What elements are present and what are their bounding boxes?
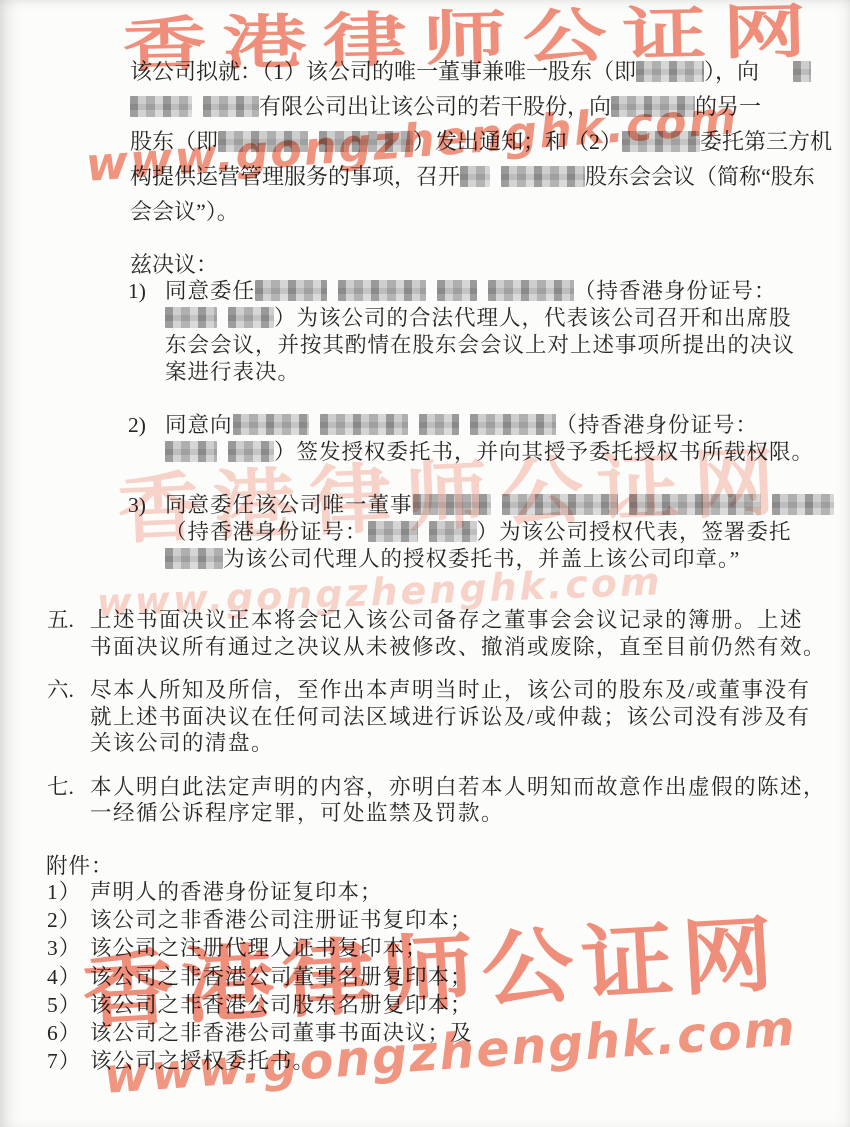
redacted-block bbox=[228, 307, 274, 328]
text-run: （持香港身份证号： bbox=[556, 413, 759, 437]
redacted-block bbox=[320, 414, 408, 435]
redacted-block bbox=[470, 414, 556, 435]
text-run: 案进行表决。 bbox=[165, 360, 300, 384]
text-run: 股东（即 bbox=[130, 129, 218, 154]
resolution-item: 3) 同意委任该公司唯一董事（持香港身份证号：）为该公司授权代表，签署委托为该公… bbox=[128, 492, 834, 573]
attachment-number: 7） bbox=[47, 1047, 90, 1075]
resolution-line: （持香港身份证号：）为该公司授权代表，签署委托 bbox=[165, 519, 834, 546]
section-number: 六. bbox=[47, 677, 74, 704]
redacted-block bbox=[793, 61, 811, 82]
redacted-block bbox=[130, 96, 192, 117]
redacted-block bbox=[233, 414, 309, 435]
resolution-line: ）为该公司的合法代理人，代表该公司召开和出席股 bbox=[165, 305, 834, 332]
attachment-number: 5） bbox=[47, 991, 90, 1019]
redacted-block bbox=[165, 441, 217, 462]
text-run: ）为该公司授权代表，签署委托 bbox=[477, 520, 792, 544]
attachment-number: 6） bbox=[47, 1019, 90, 1047]
attachment-row: 4）该公司之非香港公司董事名册复印本； bbox=[47, 963, 473, 991]
resolutions-heading: 兹决议： bbox=[130, 248, 218, 279]
declaration-sections: 五. 上述书面决议正本将会记入该公司备存之董事会会议记录的簿册。上述书面决议所有… bbox=[47, 607, 826, 844]
resolution-line: 同意委任该公司唯一董事 bbox=[165, 492, 834, 519]
resolution-item: 2) 同意向（持香港身份证号：）签发授权委托书，并向其授予委托授权书所载权限。 bbox=[128, 412, 834, 466]
section-line: 本人明白此法定声明的内容，亦明白若本人明知而故意作出虚假的陈述， bbox=[90, 774, 826, 801]
redacted-block bbox=[203, 96, 259, 117]
section-number: 五. bbox=[47, 607, 74, 634]
attachment-text: 该公司之非香港公司注册证书复印本； bbox=[90, 908, 473, 932]
redacted-block bbox=[488, 280, 574, 301]
redacted-block bbox=[437, 280, 477, 301]
resolution-number: 3) bbox=[128, 492, 146, 519]
intro-line: 股东（即）发出通知；和（2）委托第三方机 bbox=[130, 124, 832, 159]
resolution-number: 2) bbox=[128, 412, 146, 439]
text-run: 关该公司的清盘。 bbox=[90, 731, 274, 755]
redacted-block bbox=[460, 166, 490, 187]
text-run: 上述书面决议正本将会记入该公司备存之董事会会议记录的簿册。上述 bbox=[90, 608, 803, 632]
redacted-block bbox=[413, 494, 491, 515]
section-item: 七. 本人明白此法定声明的内容，亦明白若本人明知而故意作出虚假的陈述，一经循公诉… bbox=[47, 774, 826, 827]
intro-line: 构提供运营管理服务的事项，召开股东会会议（简称“股东 bbox=[130, 159, 832, 194]
resolution-item: 1) 同意委任（持香港身份证号：）为该公司的合法代理人，代表该公司召开和出席股东… bbox=[128, 278, 834, 386]
attachments-list: 1）声明人的香港身份证复印本； 2）该公司之非香港公司注册证书复印本； 3）该公… bbox=[47, 878, 473, 1075]
redacted-block bbox=[338, 280, 426, 301]
section-item: 五. 上述书面决议正本将会记入该公司备存之董事会会议记录的簿册。上述书面决议所有… bbox=[47, 607, 826, 660]
attachment-number: 4） bbox=[47, 963, 90, 991]
redacted-block bbox=[772, 494, 834, 515]
text-run: 一经循公诉程序定罪，可处监禁及罚款。 bbox=[90, 801, 504, 825]
text-run: 股东会会议（简称“股东 bbox=[585, 164, 815, 189]
attachment-number: 1） bbox=[47, 878, 90, 906]
text-run: ），向 bbox=[704, 59, 759, 84]
text-run: ）签发授权委托书，并向其授予委托授权书所载权限。 bbox=[274, 440, 814, 464]
redacted-block bbox=[255, 280, 327, 301]
redacted-block bbox=[419, 414, 459, 435]
resolution-line: 同意委任（持香港身份证号： bbox=[165, 278, 834, 305]
redacted-block bbox=[218, 131, 308, 152]
text-run: 有限公司出让该公司的若干股份，向 bbox=[259, 94, 611, 119]
text-run: 构提供运营管理服务的事项，召开 bbox=[130, 164, 460, 189]
redacted-block bbox=[165, 307, 217, 328]
attachment-row: 7）该公司之授权委托书。 bbox=[47, 1047, 473, 1075]
attachment-text: 该公司之授权委托书。 bbox=[90, 1049, 315, 1073]
text-run: ）为该公司的合法代理人，代表该公司召开和出席股 bbox=[274, 306, 792, 330]
scanned-document-page: 香港律师公证网 www.gongzhenghk.com 香港律师公证网 www.… bbox=[0, 0, 850, 1127]
attachment-row: 2）该公司之非香港公司注册证书复印本； bbox=[47, 906, 473, 934]
section-item: 六. 尽本人所知及所信，至作出本声明当时止，该公司的股东及/或董事没有就上述书面… bbox=[47, 677, 826, 757]
text-run: 东会会议，并按其酌情在股东会会议上对上述事项所提出的决议 bbox=[165, 333, 795, 357]
attachment-number: 3） bbox=[47, 934, 90, 962]
text-run: ）发出通知；和（2） bbox=[413, 129, 622, 154]
attachment-text: 该公司之非香港公司董事名册复印本； bbox=[90, 965, 473, 989]
attachment-row: 3）该公司之注册代理人证书复印本； bbox=[47, 934, 473, 962]
text-run: 同意向 bbox=[165, 413, 233, 437]
text-run: （持香港身份证号： bbox=[574, 279, 777, 303]
section-line: 一经循公诉程序定罪，可处监禁及罚款。 bbox=[90, 800, 826, 827]
section-line: 关该公司的清盘。 bbox=[90, 730, 826, 757]
section-line: 尽本人所知及所信，至作出本声明当时止，该公司的股东及/或董事没有 bbox=[90, 677, 826, 704]
attachment-text: 该公司之非香港公司股东名册复印本； bbox=[90, 993, 473, 1017]
text-run: 就上述书面决议在任何司法区域进行诉讼及/或仲裁；该公司没有涉及有 bbox=[90, 705, 810, 729]
text-run: 同意委任该公司唯一董事 bbox=[165, 493, 413, 517]
intro-line: 会会议”）。 bbox=[130, 194, 832, 229]
redacted-block bbox=[502, 494, 618, 515]
text-run: 本人明白此法定声明的内容，亦明白若本人明知而故意作出虚假的陈述， bbox=[90, 775, 826, 799]
redacted-block bbox=[319, 131, 413, 152]
attachment-row: 1）声明人的香港身份证复印本； bbox=[47, 878, 473, 906]
resolution-line: ）签发授权委托书，并向其授予委托授权书所载权限。 bbox=[165, 439, 834, 466]
attachment-row: 6）该公司之非香港公司董事书面决议；及 bbox=[47, 1019, 473, 1047]
redacted-block bbox=[622, 131, 700, 152]
resolution-line: 东会会议，并按其酌情在股东会会议上对上述事项所提出的决议 bbox=[165, 332, 834, 359]
resolution-number: 1) bbox=[128, 278, 146, 305]
text-run: 为该公司代理人的授权委托书，并盖上该公司印章。” bbox=[223, 547, 740, 571]
intro-line: 该公司拟就：（1）该公司的唯一董事兼唯一股东（即），向 bbox=[130, 54, 832, 89]
attachments-heading: 附件： bbox=[46, 849, 114, 880]
text-run: 该公司拟就：（1）该公司的唯一董事兼唯一股东（即 bbox=[130, 59, 636, 84]
intro-paragraph: 该公司拟就：（1）该公司的唯一董事兼唯一股东（即），向有限公司出让该公司的若干股… bbox=[130, 54, 832, 229]
resolution-line: 案进行表决。 bbox=[165, 359, 834, 386]
text-run: 同意委任 bbox=[165, 279, 255, 303]
section-number: 七. bbox=[47, 774, 74, 801]
redacted-block bbox=[629, 494, 761, 515]
attachment-text: 该公司之注册代理人证书复印本； bbox=[90, 936, 428, 960]
resolution-line: 为该公司代理人的授权委托书，并盖上该公司印章。” bbox=[165, 546, 834, 573]
text-run: 会会议”）。 bbox=[130, 199, 239, 224]
attachment-row: 5）该公司之非香港公司股东名册复印本； bbox=[47, 991, 473, 1019]
attachment-text: 该公司之非香港公司董事书面决议；及 bbox=[90, 1021, 473, 1045]
redacted-block bbox=[429, 521, 477, 542]
text-run: 的另一 bbox=[695, 94, 761, 119]
resolution-line: 同意向（持香港身份证号： bbox=[165, 412, 834, 439]
redacted-block bbox=[501, 166, 585, 187]
attachment-number: 2） bbox=[47, 906, 90, 934]
section-line: 书面决议所有通过之决议从未被修改、撤消或废除，直至目前仍然有效。 bbox=[90, 634, 826, 661]
redacted-block bbox=[611, 96, 695, 117]
redacted-block bbox=[636, 61, 704, 82]
text-run: 委托第三方机 bbox=[700, 129, 832, 154]
intro-line: 有限公司出让该公司的若干股份，向的另一 bbox=[130, 89, 832, 124]
redacted-block bbox=[165, 548, 223, 569]
attachment-text: 声明人的香港身份证复印本； bbox=[90, 880, 383, 904]
section-line: 上述书面决议正本将会记入该公司备存之董事会会议记录的簿册。上述 bbox=[90, 607, 826, 634]
redacted-block bbox=[228, 441, 274, 462]
text-run: （持香港身份证号： bbox=[165, 520, 368, 544]
text-run: 书面决议所有通过之决议从未被修改、撤消或废除，直至目前仍然有效。 bbox=[90, 635, 826, 659]
section-line: 就上述书面决议在任何司法区域进行诉讼及/或仲裁；该公司没有涉及有 bbox=[90, 704, 826, 731]
resolutions-list: 1) 同意委任（持香港身份证号：）为该公司的合法代理人，代表该公司召开和出席股东… bbox=[128, 278, 834, 599]
text-run: 尽本人所知及所信，至作出本声明当时止，该公司的股东及/或董事没有 bbox=[90, 678, 810, 702]
redacted-block bbox=[368, 521, 418, 542]
